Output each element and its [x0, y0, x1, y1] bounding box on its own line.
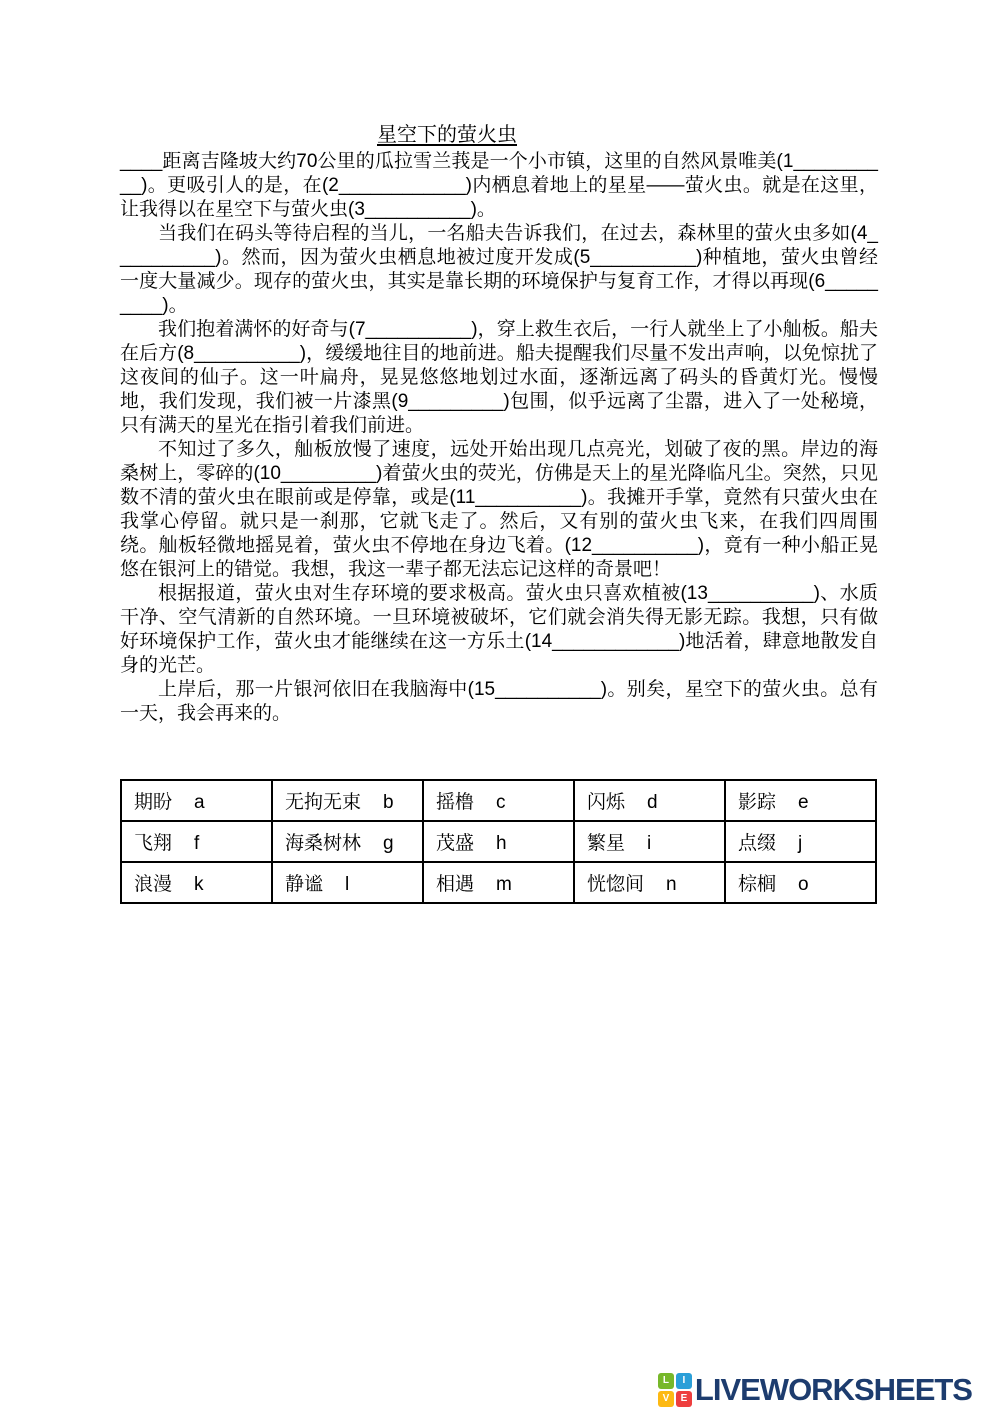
logo-tile-l: L [658, 1373, 674, 1389]
word-bank-letter: a [194, 792, 205, 814]
word-bank-word: 繁星 [587, 833, 625, 854]
word-bank-letter: i [647, 833, 651, 855]
word-bank-cell: 闪烁d [574, 780, 725, 821]
word-bank-word: 摇橹 [436, 792, 474, 813]
liveworksheets-logo: L I V E LIVEWORKSHEETS [658, 1372, 972, 1408]
worksheet-page: 星空下的萤火虫 ____距离吉隆坡大约70公里的瓜拉雪兰莪是一个小市镇，这里的自… [0, 0, 999, 1412]
word-bank-cell: 相遇m [423, 862, 574, 903]
word-bank-word: 茂盛 [436, 833, 474, 854]
word-bank-cell: 浪漫k [121, 862, 272, 903]
word-bank-word: 浪漫 [134, 874, 172, 895]
logo-tile-v: V [658, 1391, 674, 1407]
word-bank-letter: j [798, 833, 802, 855]
word-bank-letter: m [496, 874, 512, 896]
liveworksheets-wordmark: LIVEWORKSHEETS [695, 1372, 972, 1408]
word-bank-word: 海桑树林 [285, 833, 361, 854]
word-bank-cell: 飞翔f [121, 821, 272, 862]
word-bank-cell: 摇橹c [423, 780, 574, 821]
passage-paragraph-4: 不知过了多久，舢板放慢了速度，远处开始出现几点亮光，划破了夜的黑。岸边的海桑树上… [120, 438, 878, 582]
word-bank-letter: l [345, 874, 349, 896]
word-bank-word: 期盼 [134, 792, 172, 813]
word-bank-row: 飞翔f 海桑树林g 茂盛h 繁星i 点缀j [121, 821, 876, 862]
word-bank-word: 棕榈 [738, 874, 776, 895]
passage-paragraph-1: ____距离吉隆坡大约70公里的瓜拉雪兰莪是一个小市镇，这里的自然风景唯美(1_… [120, 150, 878, 222]
word-bank-letter: b [383, 792, 394, 814]
passage-title: 星空下的萤火虫 [120, 122, 878, 148]
word-bank-letter: f [194, 833, 199, 855]
liveworksheets-grid-icon: L I V E [658, 1373, 692, 1407]
word-bank-cell: 无拘无束b [272, 780, 423, 821]
word-bank-cell: 恍惚间n [574, 862, 725, 903]
word-bank-cell: 茂盛h [423, 821, 574, 862]
word-bank-cell: 棕榈o [725, 862, 876, 903]
passage-paragraph-2: 当我们在码头等待启程的当儿，一名船夫告诉我们，在过去，森林里的萤火虫多如(4__… [120, 222, 878, 318]
word-bank-cell: 期盼a [121, 780, 272, 821]
word-bank-letter: e [798, 792, 809, 814]
word-bank-row: 浪漫k 静谧l 相遇m 恍惚间n 棕榈o [121, 862, 876, 903]
word-bank-cell: 海桑树林g [272, 821, 423, 862]
word-bank-letter: h [496, 833, 507, 855]
word-bank-word: 点缀 [738, 833, 776, 854]
word-bank-cell: 点缀j [725, 821, 876, 862]
word-bank-letter: n [666, 874, 677, 896]
word-bank-letter: c [496, 792, 506, 814]
word-bank-word: 相遇 [436, 874, 474, 895]
logo-tile-e: E [676, 1391, 692, 1407]
word-bank-word: 静谧 [285, 874, 323, 895]
word-bank-letter: k [194, 874, 204, 896]
word-bank-table: 期盼a 无拘无束b 摇橹c 闪烁d 影踪e 飞翔f 海桑树林g 茂盛h 繁星i … [120, 779, 877, 904]
word-bank-row: 期盼a 无拘无束b 摇橹c 闪烁d 影踪e [121, 780, 876, 821]
word-bank-letter: g [383, 833, 394, 855]
passage-paragraph-3: 我们抱着满怀的好奇与(7__________)，穿上救生衣后，一行人就坐上了小舢… [120, 318, 878, 438]
word-bank-letter: o [798, 874, 809, 896]
word-bank-cell: 影踪e [725, 780, 876, 821]
word-bank-word: 飞翔 [134, 833, 172, 854]
word-bank-cell: 静谧l [272, 862, 423, 903]
word-bank-letter: d [647, 792, 658, 814]
word-bank-word: 影踪 [738, 792, 776, 813]
word-bank-word: 恍惚间 [587, 874, 644, 895]
word-bank-word: 无拘无束 [285, 792, 361, 813]
word-bank-word: 闪烁 [587, 792, 625, 813]
passage-paragraph-6: 上岸后，那一片银河依旧在我脑海中(15__________)。别矣，星空下的萤火… [120, 678, 878, 726]
passage-paragraph-5: 根据报道，萤火虫对生存环境的要求极高。萤火虫只喜欢植被(13__________… [120, 582, 878, 678]
logo-tile-i: I [676, 1373, 692, 1389]
word-bank-cell: 繁星i [574, 821, 725, 862]
passage-content: 星空下的萤火虫 ____距离吉隆坡大约70公里的瓜拉雪兰莪是一个小市镇，这里的自… [120, 122, 878, 904]
